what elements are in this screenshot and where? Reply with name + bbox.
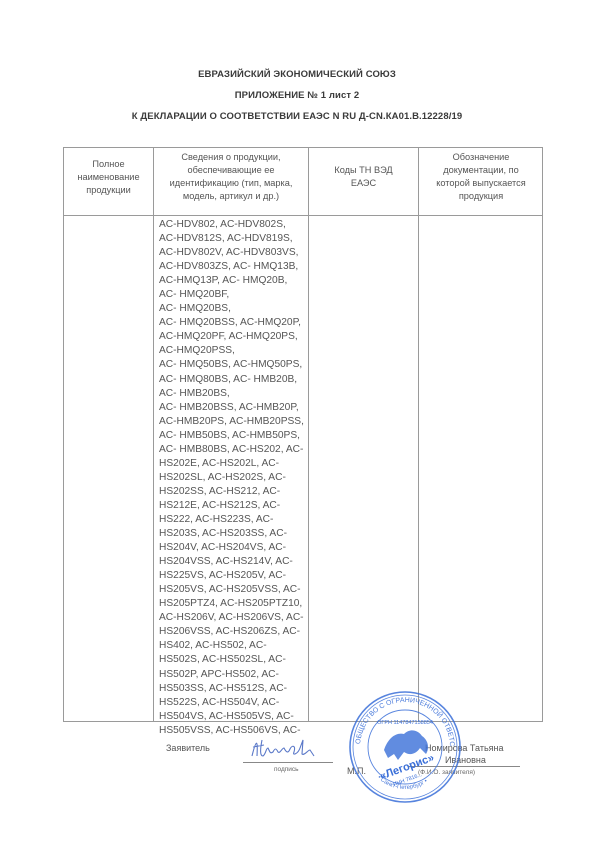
models-list: AC-HDV802, AC-HDV802S, AC-HDV812S, AC-HD… xyxy=(159,218,311,738)
products-table: Полное наименование продукции Сведения о… xyxy=(63,147,543,722)
column-header-product-name: Полное наименование продукции xyxy=(64,158,153,197)
svg-text:ОГРН 1147847158854: ОГРН 1147847158854 xyxy=(377,720,433,726)
signature-icon xyxy=(248,736,318,762)
applicant-label: Заявитель xyxy=(166,743,210,753)
header-row-divider xyxy=(64,215,542,216)
column-header-identification: Сведения о продукции, обеспечивающие ее … xyxy=(154,151,308,203)
header-appendix: ПРИЛОЖЕНИЕ № 1 лист 2 xyxy=(0,90,594,101)
signature-line xyxy=(243,762,333,763)
column-header-documentation: Обозначение документации, по которой вып… xyxy=(419,151,543,203)
column-header-tn-ved: Коды ТН ВЭД ЕАЭС xyxy=(309,164,418,190)
header-union: ЕВРАЗИЙСКИЙ ЭКОНОМИЧЕСКИЙ СОЮЗ xyxy=(0,69,594,80)
column-divider xyxy=(418,148,419,721)
header-declaration: К ДЕКЛАРАЦИИ О СООТВЕТСТВИИ ЕАЭС N RU Д-… xyxy=(0,111,594,122)
column-divider xyxy=(153,148,154,721)
company-stamp-icon: ОБЩЕСТВО С ОГРАНИЧЕННОЙ ОТВЕТСТВЕННОСТЬЮ… xyxy=(346,688,464,806)
signature-caption: подпись xyxy=(274,766,299,773)
